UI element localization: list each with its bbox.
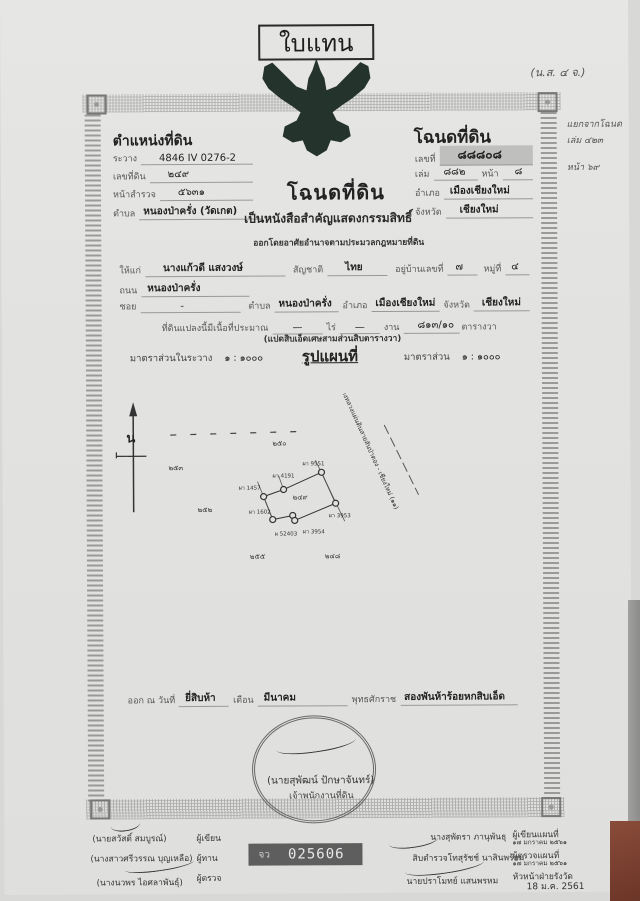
- map-sheet-value: 4846 IV 0276-2: [141, 153, 253, 166]
- svg-text:๒๕๕: ๒๕๕: [250, 553, 265, 561]
- scale-right: มาตราส่วน ๑ : ๑๐๐๐: [404, 349, 501, 365]
- owner-name: นางแก้วดี แสงวงษ์: [145, 261, 285, 278]
- svg-text:๒๔๘: ๒๔๘: [325, 552, 340, 560]
- margin-note: แยกจากโฉนด: [567, 117, 622, 131]
- officer-name: (นายสุพัฒน์ ปักษาจันทร์): [267, 773, 374, 789]
- corner-ornament-icon: [86, 94, 106, 114]
- svg-text:๒๕๓: ๒๕๓: [168, 464, 183, 472]
- signer-name: (นางนวพร ไอศลาพันธุ์): [97, 875, 183, 889]
- deed-number-value: ๘๘๘๐๘: [439, 145, 532, 165]
- chief-date: 18 ม.ค. 2561: [527, 879, 585, 893]
- land-title-deed-page: ใบแทน (น.ส. ๔ จ.) ตำแหน่งที่ดิน ระวาง 48…: [0, 0, 633, 895]
- parcel-no-field: เลขที่ดิน ๒๔๙: [113, 167, 253, 184]
- parcel-map: น ๒๕๓ ๒๕๐ ๒๔๙ ๒๕๒ ๒๕๕ ๒๔๘ ผา 9551 ผา 419…: [112, 393, 443, 585]
- svg-text:๒๔๙: ๒๔๙: [293, 493, 308, 501]
- issue-year: สองพันห้าร้อยหกสิบเอ็ด: [400, 689, 518, 706]
- svg-text:ผา 3954: ผา 3954: [303, 529, 326, 535]
- margin-note: หน้า ๖๙: [567, 160, 599, 174]
- signer-role: ผู้เขียน: [196, 831, 221, 845]
- issued-under-text: ออกโดยอาศัยอำนาจตามประมวลกฎหมายที่ดิน: [253, 235, 424, 250]
- province-field: จังหวัด เชียงใหม่: [415, 202, 533, 219]
- svg-text:ผ 52403: ผ 52403: [275, 531, 298, 537]
- deed-number-field: เลขที่ ๘๘๘๐๘: [415, 145, 533, 166]
- surveyor-name: นางสุพัตรา ภานุพันธุ: [430, 829, 506, 843]
- map-sheet-field: ระวาง 4846 IV 0276-2: [113, 151, 253, 166]
- area-sq-wa: ๘๑๓/๑๐: [403, 318, 459, 334]
- issuance-row: ออก ณ วันที่ ยี่สิบห้า เดือน มีนาคม พุทธ…: [128, 689, 518, 707]
- chief-name: นายปราโมทย์ แสนพรหม: [407, 873, 499, 887]
- security-border-left: [85, 111, 105, 801]
- table-edge: [610, 821, 640, 901]
- serial-prefix: จว: [258, 847, 270, 862]
- corner-ornament-icon: [541, 797, 561, 817]
- corner-ornament-icon: [537, 92, 557, 112]
- svg-text:ผา 9551: ผา 9551: [302, 461, 324, 467]
- document-subtitle: เป็นหนังสือสำคัญแสดงกรรมสิทธิ์: [244, 209, 412, 229]
- district-field: อำเภอ เมืองเชียงใหม่: [415, 183, 533, 200]
- serial-number: 025606: [288, 846, 345, 862]
- margin-note: เล่ม ๔๒๓: [567, 133, 603, 147]
- survey-page-field: หน้าสำรวจ ๕๖๓๑: [113, 185, 253, 202]
- svg-text:ผา 4191: ผา 4191: [272, 473, 294, 479]
- road-row: ถนน หนองป่าครั่ง: [119, 281, 249, 298]
- parcel-no-value: ๒๔๙: [150, 167, 253, 184]
- subdistrict-field: ตำบล หนองป่าครั่ง (วัดเกต): [113, 204, 263, 221]
- security-border-right: [541, 109, 561, 799]
- document-title: โฉนดที่ดิน: [287, 176, 385, 209]
- svg-text:๒๕๒: ๒๕๒: [198, 506, 213, 514]
- svg-text:ทางหลวงแผ่นดินสายสันป่าตอง - เ: ทางหลวงแผ่นดินสายสันป่าตอง - เชียงใหม่ (…: [338, 393, 400, 511]
- svg-text:ผา 1457: ผา 1457: [239, 486, 262, 492]
- map-title: รูปแผนที่: [302, 344, 358, 368]
- signer-role: ผู้ทาน: [196, 851, 217, 865]
- svg-text:ผา 3953: ผา 3953: [329, 513, 352, 519]
- svg-text:๒๕๐: ๒๕๐: [272, 440, 286, 448]
- signer-name: (นายสวัสดิ์ สมบูรณ์): [92, 831, 166, 845]
- svg-text:ผา 1602: ผา 1602: [249, 510, 271, 516]
- survey-page-value: ๕๖๓๑: [160, 185, 253, 201]
- garuda-emblem-icon: [256, 56, 377, 159]
- serial-number-box: จว 025606: [248, 843, 362, 866]
- address-row: ซอย - ตำบล หนองป่าครั่ง อำเภอ เมืองเชียง…: [120, 295, 530, 313]
- scale-left: มาตราส่วนในระวาง ๑ : ๑๐๐๐: [130, 351, 263, 367]
- signer-role: ผู้ตรวจ: [197, 871, 222, 885]
- form-code: (น.ส. ๔ จ.): [530, 63, 585, 81]
- volume-field: เล่ม ๘๘๒ หน้า ๘: [415, 164, 533, 181]
- corner-ornament-icon: [90, 799, 110, 819]
- officer-title: เจ้าพนักงานที่ดิน: [289, 788, 354, 802]
- owner-row: ให้แก่ นางแก้วดี แสงวงษ์ สัญชาติ ไทย อยู…: [119, 259, 529, 277]
- official-seal: [252, 715, 377, 824]
- issue-day: ยี่สิบห้า: [179, 691, 229, 707]
- issue-month: มีนาคม: [258, 690, 348, 706]
- land-location-header: ตำแหน่งที่ดิน: [113, 130, 193, 152]
- svg-text:น: น: [126, 431, 135, 446]
